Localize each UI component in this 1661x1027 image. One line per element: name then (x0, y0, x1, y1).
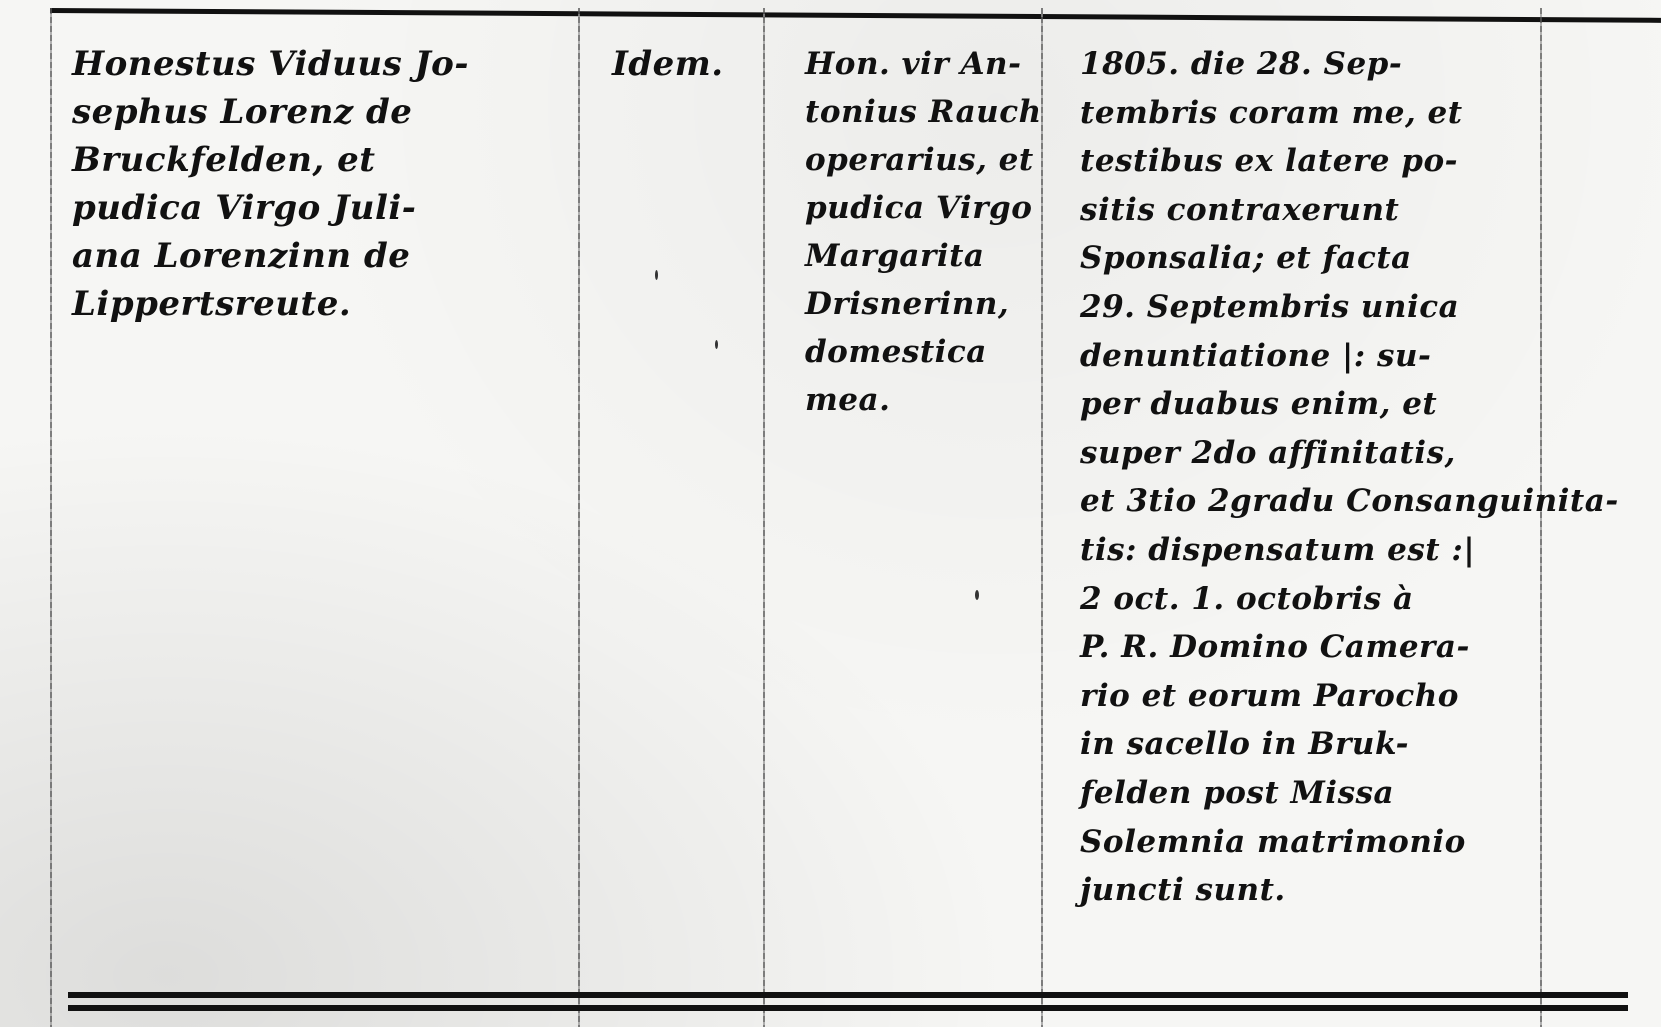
ink-speck (655, 270, 658, 280)
column-divider-left-margin (50, 8, 52, 1027)
witness-2-column: Hon. vir An- tonius Rauch operarius, et … (805, 40, 1045, 424)
column-divider-2 (763, 8, 765, 1027)
witness-2-line: Margarita (805, 232, 1045, 280)
notes-line: tis: dispensatum est :| (1080, 526, 1600, 575)
witness-2-line: domestica (805, 328, 1045, 376)
couple-line: Bruckfelden, et (72, 136, 562, 184)
witness-1-line: Idem. (612, 40, 762, 88)
register-page: Honestus Viduus Jo- sephus Lorenz de Bru… (0, 0, 1661, 1027)
notes-line: Solemnia matrimonio (1080, 818, 1600, 867)
couple-line: ana Lorenzinn de (72, 232, 562, 280)
witness-1-column: Idem. (612, 40, 762, 88)
notes-line: per duabus enim, et (1080, 380, 1600, 429)
bottom-double-rule-upper (68, 992, 1628, 998)
couple-line: Honestus Viduus Jo- (72, 40, 562, 88)
couple-line: sephus Lorenz de (72, 88, 562, 136)
notes-line: 2 oct. 1. octobris à (1080, 575, 1600, 624)
notes-line: sitis contraxerunt (1080, 186, 1600, 235)
notes-line: super 2do affinitatis, (1080, 429, 1600, 478)
witness-2-line: Hon. vir An- (805, 40, 1045, 88)
column-divider-1 (578, 8, 580, 1027)
witness-2-line: Drisnerinn, (805, 280, 1045, 328)
notes-line: denuntiatione |: su- (1080, 332, 1600, 381)
witness-2-line: tonius Rauch (805, 88, 1045, 136)
ink-speck (975, 590, 979, 600)
witness-2-line: pudica Virgo (805, 184, 1045, 232)
notes-line: 29. Septembris unica (1080, 283, 1600, 332)
notes-line: et 3tio 2gradu Consanguinita- (1080, 477, 1600, 526)
notes-line: 1805. die 28. Sep- (1080, 40, 1600, 89)
notes-line: in sacello in Bruk- (1080, 720, 1600, 769)
notes-line: juncti sunt. (1080, 866, 1600, 915)
witness-2-line: mea. (805, 376, 1045, 424)
notes-line: felden post Missa (1080, 769, 1600, 818)
notes-line: P. R. Domino Camera- (1080, 623, 1600, 672)
notes-line: testibus ex latere po- (1080, 137, 1600, 186)
ink-speck (715, 340, 718, 349)
notes-line: Sponsalia; et facta (1080, 234, 1600, 283)
bridal-couple-column: Honestus Viduus Jo- sephus Lorenz de Bru… (72, 40, 562, 328)
notes-column: 1805. die 28. Sep- tembris coram me, et … (1080, 40, 1600, 915)
notes-line: tembris coram me, et (1080, 89, 1600, 138)
couple-line: Lippertsreute. (72, 280, 562, 328)
bottom-double-rule-lower (68, 1005, 1628, 1011)
witness-2-line: operarius, et (805, 136, 1045, 184)
top-rule (50, 8, 1661, 23)
couple-line: pudica Virgo Juli- (72, 184, 562, 232)
notes-line: rio et eorum Parocho (1080, 672, 1600, 721)
